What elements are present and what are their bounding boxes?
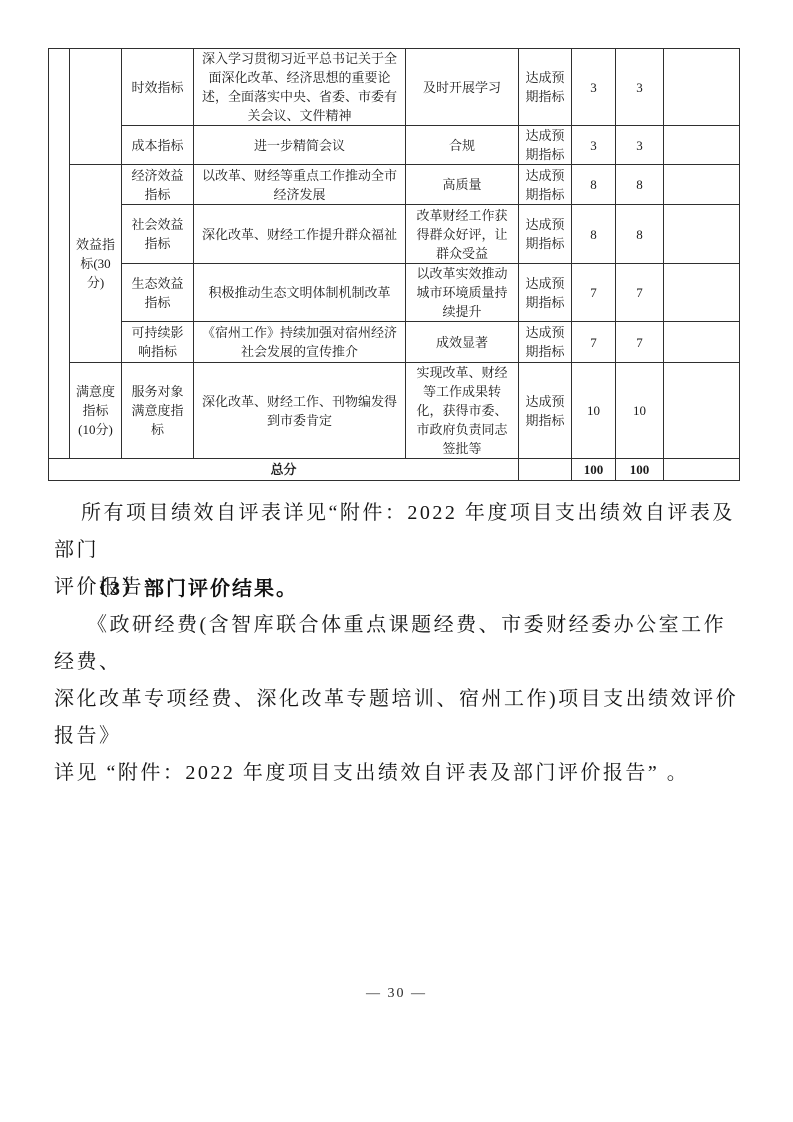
cell-score2: 7 (616, 322, 664, 363)
cell-status: 达成预期指标 (519, 322, 572, 363)
cell-target: 高质量 (406, 165, 519, 205)
document-page: 时效指标 深入学习贯彻习近平总书记关于全面深化改革、经济思想的重要论述，全面落实… (0, 0, 793, 1122)
cell-indicator: 生态效益指标 (122, 264, 194, 322)
performance-indicator-table: 时效指标 深入学习贯彻习近平总书记关于全面深化改革、经济思想的重要论述，全面落实… (48, 48, 740, 481)
cell-group-satisfaction: 满意度指标(10分) (70, 363, 122, 459)
cell-indicator: 服务对象满意度指标 (122, 363, 194, 459)
cell-score1: 8 (572, 205, 616, 264)
cell-status: 达成预期指标 (519, 363, 572, 459)
cell-note (664, 322, 740, 363)
cell-score2: 8 (616, 205, 664, 264)
cell-score1: 3 (572, 126, 616, 165)
cell-target: 改革财经工作获得群众好评，让群众受益 (406, 205, 519, 264)
row-satisfaction-indicator: 满意度指标(10分) 服务对象满意度指标 深化改革、财经工作、刊物编发得到市委肯… (49, 363, 740, 459)
cell-description: 《宿州工作》持续加强对宿州经济社会发展的宣传推介 (194, 322, 406, 363)
cell-score2: 3 (616, 49, 664, 126)
cell-target: 成效显著 (406, 322, 519, 363)
cell-note (664, 126, 740, 165)
cell-score1: 7 (572, 322, 616, 363)
cell-indicator: 社会效益指标 (122, 205, 194, 264)
cell-description: 以改革、财经等重点工作推动全市经济发展 (194, 165, 406, 205)
cell-indicator: 经济效益指标 (122, 165, 194, 205)
cell-total-score1: 100 (572, 459, 616, 481)
cell-score1: 3 (572, 49, 616, 126)
cell-score2: 10 (616, 363, 664, 459)
cell-note (664, 363, 740, 459)
cell-score2: 7 (616, 264, 664, 322)
cell-left-spacer-column (49, 49, 70, 459)
cell-group-continued (70, 49, 122, 165)
row-sustainability-indicator: 可持续影响指标 《宿州工作》持续加强对宿州经济社会发展的宣传推介 成效显著 达成… (49, 322, 740, 363)
row-cost-indicator: 成本指标 进一步精简会议 合规 达成预期指标 3 3 (49, 126, 740, 165)
cell-description: 进一步精简会议 (194, 126, 406, 165)
cell-note (664, 264, 740, 322)
cell-score1: 7 (572, 264, 616, 322)
cell-target: 及时开展学习 (406, 49, 519, 126)
cell-status: 达成预期指标 (519, 49, 572, 126)
cell-note (664, 459, 740, 481)
cell-indicator: 时效指标 (122, 49, 194, 126)
row-ecological-benefit-indicator: 生态效益指标 积极推动生态文明体制机制改革 以改革实效推动城市环境质量持续提升 … (49, 264, 740, 322)
cell-total-label: 总分 (49, 459, 519, 481)
cell-score1: 8 (572, 165, 616, 205)
heading-department-evaluation-result: （3）部门评价结果。 (88, 574, 298, 604)
cell-status: 达成预期指标 (519, 205, 572, 264)
cell-score2: 3 (616, 126, 664, 165)
cell-note (664, 49, 740, 126)
cell-total-score2: 100 (616, 459, 664, 481)
row-economic-benefit-indicator: 效益指标(30分) 经济效益指标 以改革、财经等重点工作推动全市经济发展 高质量… (49, 165, 740, 205)
row-total: 总分 100 100 (49, 459, 740, 481)
cell-description: 深入学习贯彻习近平总书记关于全面深化改革、经济思想的重要论述，全面落实中央、省委… (194, 49, 406, 126)
row-timeliness-indicator: 时效指标 深入学习贯彻习近平总书记关于全面深化改革、经济思想的重要论述，全面落实… (49, 49, 740, 126)
cell-target: 以改革实效推动城市环境质量持续提升 (406, 264, 519, 322)
cell-status: 达成预期指标 (519, 126, 572, 165)
cell-description: 深化改革、财经工作、刊物编发得到市委肯定 (194, 363, 406, 459)
row-social-benefit-indicator: 社会效益指标 深化改革、财经工作提升群众福祉 改革财经工作获得群众好评，让群众受… (49, 205, 740, 264)
paragraph-department-evaluation: 《政研经费(含智库联合体重点课题经费、市委财经委办公室工作经费、 深化改革专项经… (54, 607, 741, 792)
cell-score1: 10 (572, 363, 616, 459)
cell-note (664, 205, 740, 264)
cell-note (664, 165, 740, 205)
cell-target: 实现改革、财经等工作成果转化，获得市委、市政府负责同志签批等 (406, 363, 519, 459)
cell-status: 达成预期指标 (519, 165, 572, 205)
cell-indicator: 成本指标 (122, 126, 194, 165)
cell-score2: 8 (616, 165, 664, 205)
cell-description: 深化改革、财经工作提升群众福祉 (194, 205, 406, 264)
cell-status: 达成预期指标 (519, 264, 572, 322)
cell-target: 合规 (406, 126, 519, 165)
cell-indicator: 可持续影响指标 (122, 322, 194, 363)
cell-status-empty (519, 459, 572, 481)
cell-group-benefit: 效益指标(30分) (70, 165, 122, 363)
cell-description: 积极推动生态文明体制机制改革 (194, 264, 406, 322)
page-number: — 30 — (0, 986, 793, 1002)
